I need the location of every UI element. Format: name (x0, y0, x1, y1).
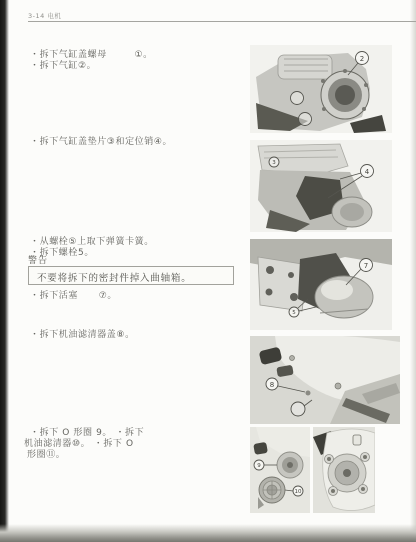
callout-8-number: 8 (270, 381, 274, 389)
step-remove-piston: ・拆下活塞 ⑦。 (30, 291, 117, 302)
scan-edge-left (0, 0, 9, 542)
figure-gasket-dowel-pins: 3 4 (250, 140, 392, 232)
manual-page: 3-14 电机 ・拆下气缸盖螺母 ①。 ・拆下气缸②。 ・拆下气缸盖垫片③和定位… (0, 0, 416, 542)
scan-edge-bottom (0, 524, 416, 542)
figure-filter-cavity (313, 427, 375, 513)
callout-circle-b (299, 113, 312, 126)
warning-box: 不要将拆下的密封件掉入曲轴箱。 (28, 266, 234, 285)
callout-3-number: 3 (272, 160, 276, 166)
step-remove-cylinder-head-nuts: ・拆下气缸盖螺母 ①。 (30, 50, 153, 61)
callout-2-number: 2 (360, 55, 364, 63)
callout-9-number: 9 (257, 463, 261, 469)
figure-cylinder-removal: 2 (250, 45, 392, 133)
engine-photo-art (250, 45, 392, 133)
step-remove-spring-clip: ・从螺栓⑤上取下弹簧卡簧。 (30, 237, 154, 248)
callout-circle-a (291, 92, 304, 105)
step-remove-cylinder: ・拆下气缸②。 (30, 61, 96, 72)
warning-text: 不要将拆下的密封件掉入曲轴箱。 (37, 270, 192, 284)
engine-photo-art (313, 427, 375, 513)
step-remove-oring-line1: ・拆下 O 形圈 9。 ・拆下 (30, 428, 144, 439)
callout-7-number: 7 (364, 262, 368, 270)
engine-photo-art (250, 140, 392, 232)
engine-photo-art (250, 239, 392, 330)
cover-fitting-tag (353, 435, 361, 445)
page-header-section: 3-14 电机 (28, 11, 61, 20)
step-remove-oring-line2: 机油滤清器⑩。 ・拆下 O (24, 439, 134, 450)
callout-3: 3 (269, 157, 279, 167)
callout-5-number: 5 (292, 310, 296, 316)
step-remove-oring-line3: 形圈⑪。 (27, 450, 65, 461)
figure-oil-filter-cover: 8 (250, 336, 400, 424)
callout-4-number: 4 (365, 168, 370, 176)
figure-piston-removal: 7 5 (250, 239, 392, 330)
header-rule (28, 21, 416, 22)
scan-edge-right (410, 0, 416, 542)
figure-oil-filter: 9 10 (250, 427, 310, 513)
callout-10-number: 10 (295, 489, 302, 495)
step-remove-gasket-dowels: ・拆下气缸盖垫片③和定位销④。 (30, 137, 172, 148)
step-remove-oil-filter-cover: ・拆下机油滤清器盖⑧。 (30, 330, 135, 341)
